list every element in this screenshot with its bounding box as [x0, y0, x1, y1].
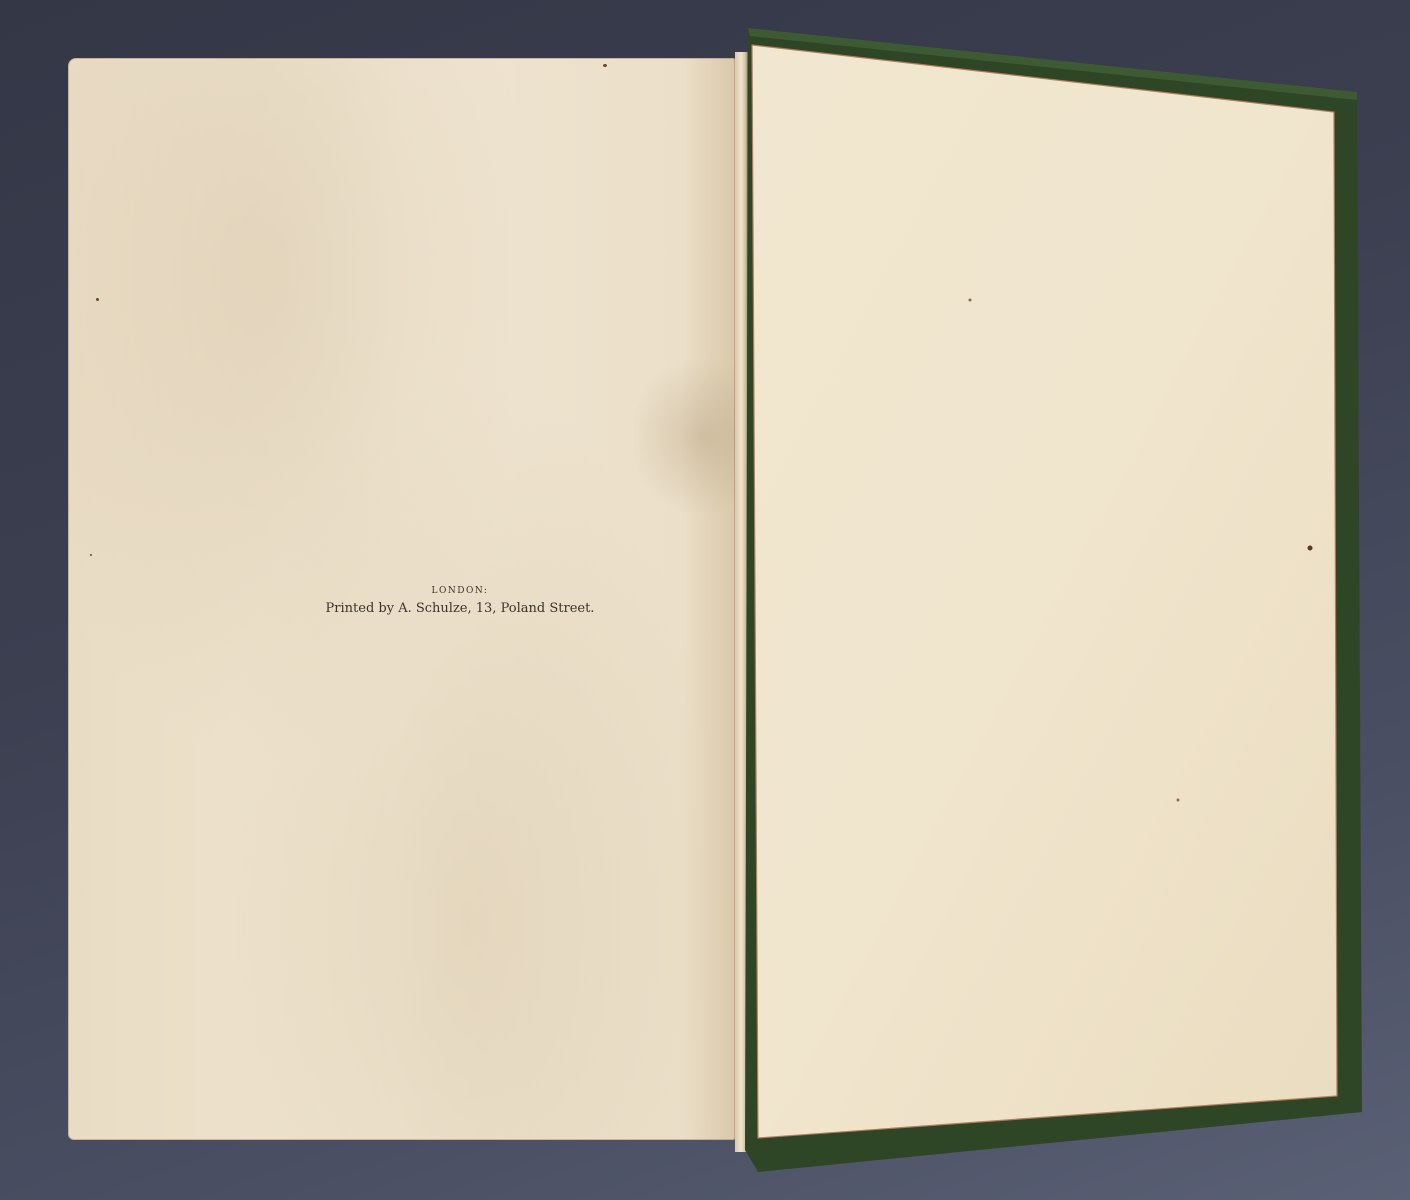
foxing-spot — [1308, 546, 1313, 551]
paste-down-endpaper — [752, 45, 1337, 1138]
right-board — [0, 0, 1410, 1200]
imprint-city: LONDON: — [300, 584, 620, 598]
foxing-spot — [969, 299, 972, 302]
imprint-printer-line: Printed by A. Schulze, 13, Poland Street… — [300, 598, 620, 620]
printer-imprint: LONDON: Printed by A. Schulze, 13, Polan… — [300, 584, 620, 620]
book-photo: LONDON: Printed by A. Schulze, 13, Polan… — [0, 0, 1410, 1200]
foxing-spot — [1177, 799, 1180, 802]
